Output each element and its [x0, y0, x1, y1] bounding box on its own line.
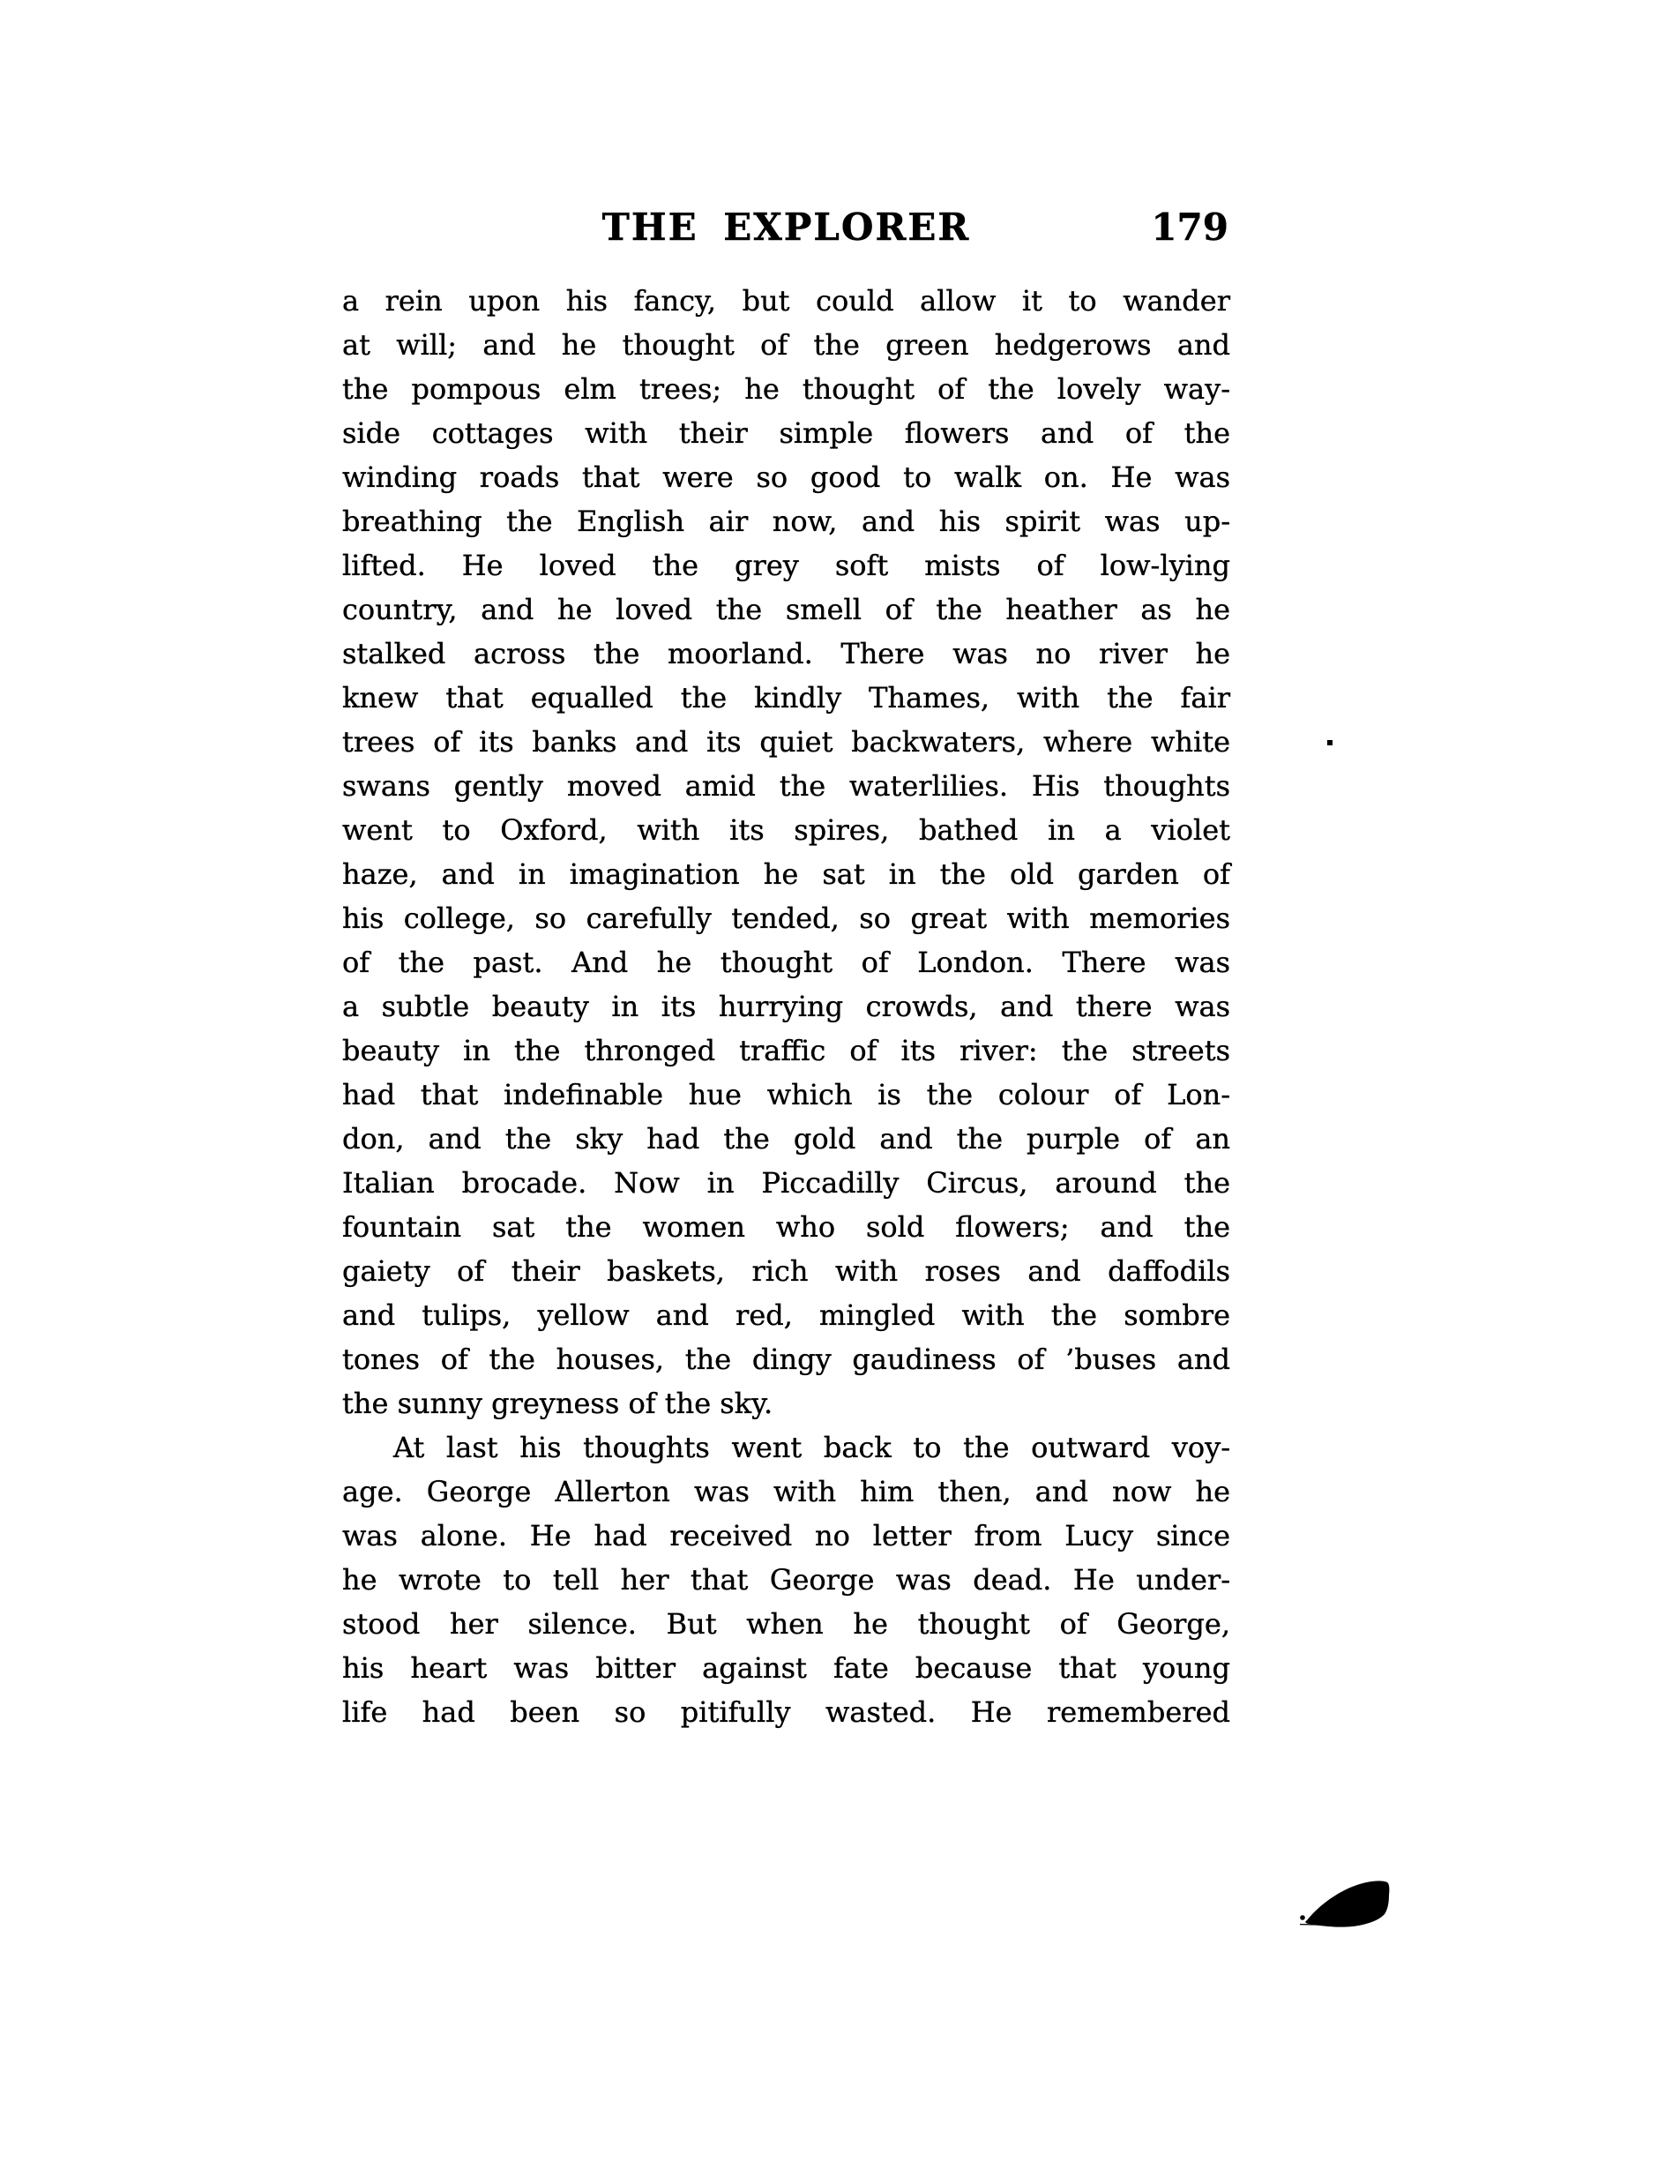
- text-line: the pompous elm trees; he thought of the…: [342, 367, 1230, 411]
- text-line: At last his thoughts went back to the ou…: [342, 1425, 1230, 1470]
- text-line: and tulips, yellow and red, mingled with…: [342, 1293, 1230, 1337]
- body-text: a rein upon his fancy, but could allow i…: [342, 279, 1230, 1734]
- text-line: he wrote to tell her that George was dea…: [342, 1558, 1230, 1602]
- text-line: tones of the houses, the dingy gaudiness…: [342, 1337, 1230, 1381]
- text-line: lifted. He loved the grey soft mists of …: [342, 543, 1230, 587]
- running-title: THE EXPLORER: [342, 205, 1230, 251]
- text-line: gaiety of their baskets, rich with roses…: [342, 1249, 1230, 1293]
- text-line: country, and he loved the smell of the h…: [342, 587, 1230, 632]
- scan-speck-dot: [1327, 740, 1333, 745]
- text-line: of the past. And he thought of London. T…: [342, 940, 1230, 984]
- paragraph: At last his thoughts went back to the ou…: [342, 1425, 1230, 1734]
- paragraph: a rein upon his fancy, but could allow i…: [342, 279, 1230, 1425]
- text-line: knew that equalled the kindly Thames, wi…: [342, 676, 1230, 720]
- ink-blot: [1295, 1875, 1405, 1932]
- text-line: breathing the English air now, and his s…: [342, 499, 1230, 543]
- text-line: a subtle beauty in its hurrying crowds, …: [342, 984, 1230, 1028]
- text-line: beauty in the thronged traffic of its ri…: [342, 1028, 1230, 1073]
- text-line: stalked across the moorland. There was n…: [342, 632, 1230, 676]
- text-line: don, and the sky had the gold and the pu…: [342, 1117, 1230, 1161]
- text-line: at will; and he thought of the green hed…: [342, 323, 1230, 367]
- text-line: side cottages with their simple flowers …: [342, 411, 1230, 455]
- page-number: 179: [1151, 205, 1228, 251]
- text-line: Italian brocade. Now in Piccadilly Circu…: [342, 1161, 1230, 1205]
- text-line: swans gently moved amid the waterlilies.…: [342, 764, 1230, 808]
- text-line: the sunny greyness of the sky.: [342, 1381, 1230, 1425]
- text-line: his college, so carefully tended, so gre…: [342, 896, 1230, 940]
- book-page: THE EXPLORER 179 a rein upon his fancy, …: [0, 0, 1680, 2184]
- text-line: fountain sat the women who sold flowers;…: [342, 1205, 1230, 1249]
- text-line: was alone. He had received no letter fro…: [342, 1514, 1230, 1558]
- text-line: a rein upon his fancy, but could allow i…: [342, 279, 1230, 323]
- text-line: winding roads that were so good to walk …: [342, 455, 1230, 499]
- text-line: life had been so pitifully wasted. He re…: [342, 1690, 1230, 1734]
- text-line: had that indefinable hue which is the co…: [342, 1073, 1230, 1117]
- text-line: age. George Allerton was with him then, …: [342, 1470, 1230, 1514]
- text-line: stood her silence. But when he thought o…: [342, 1602, 1230, 1646]
- text-line: his heart was bitter against fate becaus…: [342, 1646, 1230, 1690]
- text-line: trees of its banks and its quiet backwat…: [342, 720, 1230, 764]
- page-header: THE EXPLORER 179: [342, 205, 1230, 251]
- text-line: went to Oxford, with its spires, bathed …: [342, 808, 1230, 852]
- text-line: haze, and in imagination he sat in the o…: [342, 852, 1230, 896]
